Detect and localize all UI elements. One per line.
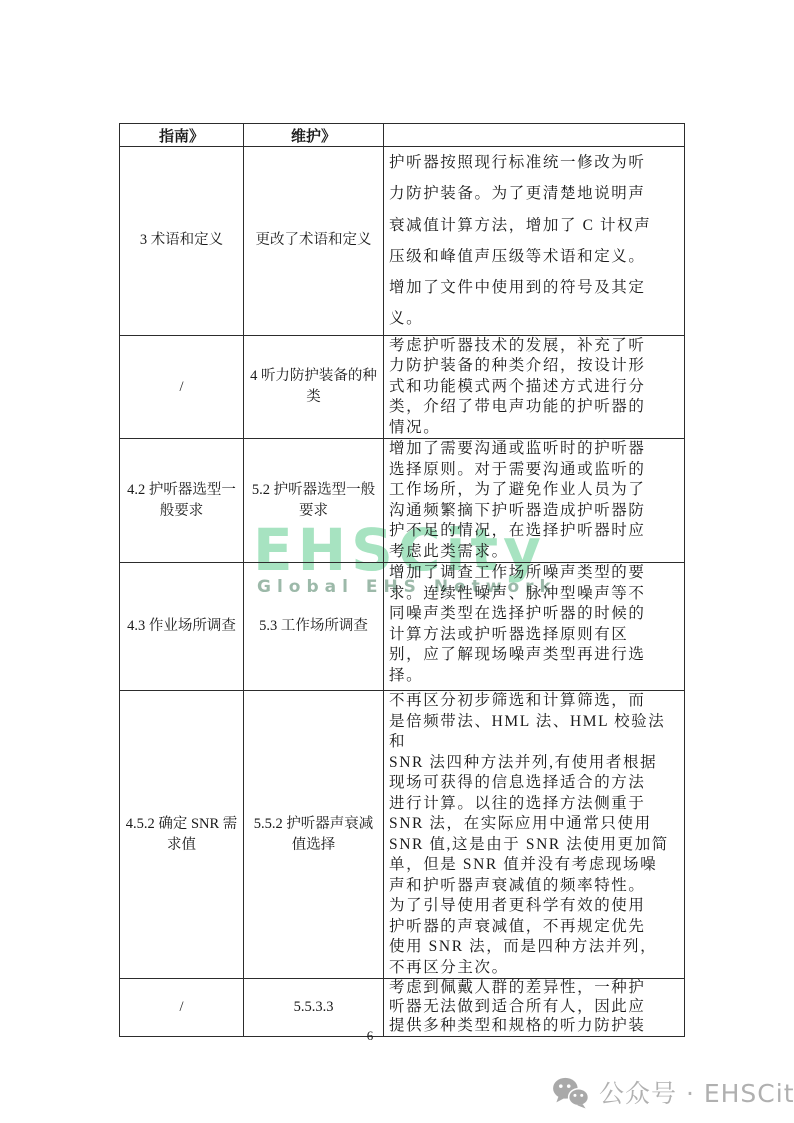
cell-new-clause: 5.5.2 护听器声衰减值选择 (244, 691, 384, 979)
table-row: 4.5.2 确定 SNR 需求值 5.5.2 护听器声衰减值选择 不再区分初步筛… (120, 691, 685, 979)
cell-change-description: 护听器按照现行标准统一修改为听 力防护装备。为了更清楚地说明声 衰减值计算方法，… (384, 147, 685, 336)
cell-change-description: 考虑护听器技术的发展，补充了听 力防护装备的种类介绍，按设计形 式和功能模式两个… (384, 335, 685, 439)
table-row: 4.2 护听器选型一般要求 5.2 护听器选型一般要求 增加了需要沟通或监听时的… (120, 439, 685, 563)
cell-old-clause: / (120, 979, 244, 1036)
cell-old-clause: / (120, 335, 244, 439)
cell-new-clause: 更改了术语和定义 (244, 147, 384, 336)
cell-old-clause: 4.5.2 确定 SNR 需求值 (120, 691, 244, 979)
cell-change-description: 增加了调查工作场所噪声类型的要 求。连续性噪声、脉冲型噪声等不 同噪声类型在选择… (384, 563, 685, 691)
cell-change-description: 不再区分初步筛选和计算筛选，而 是倍频带法、HML 法、HML 校验法和 SNR… (384, 691, 685, 979)
document-page: EHSCity Global EHS Network 指南》 维护》 3 术语和… (0, 0, 794, 1123)
footer-banner: 公众号 · EHSCity (552, 1074, 794, 1110)
cell-change-description: 考虑到佩戴人群的差异性，一种护 听器无法做到适合所有人，因此应 提供多种类型和规… (384, 979, 685, 1036)
comparison-table: 指南》 维护》 3 术语和定义 更改了术语和定义 护听器按照现行标准统一修改为听… (119, 123, 685, 1037)
cell-new-clause: 5.3 工作场所调查 (244, 563, 384, 691)
footer-label: 公众号 · EHSCity (599, 1074, 794, 1110)
cell-new-clause: 4 听力防护装备的种类 (244, 335, 384, 439)
table-header-notes (384, 124, 685, 147)
cell-change-description: 增加了需要沟通或监听时的护听器 选择原则。对于需要沟通或监听的 工作场所，为了避… (384, 439, 685, 563)
table-header-guide: 指南》 (120, 124, 244, 147)
page-number: 6 (340, 1028, 400, 1044)
table-row: 4.3 作业场所调查 5.3 工作场所调查 增加了调查工作场所噪声类型的要 求。… (120, 563, 685, 691)
table-header-row: 指南》 维护》 (120, 124, 685, 147)
table-header-maintenance: 维护》 (244, 124, 384, 147)
cell-new-clause: 5.2 护听器选型一般要求 (244, 439, 384, 563)
wechat-icon (552, 1076, 590, 1109)
table-row: 3 术语和定义 更改了术语和定义 护听器按照现行标准统一修改为听 力防护装备。为… (120, 147, 685, 336)
cell-old-clause: 4.2 护听器选型一般要求 (120, 439, 244, 563)
table-row: / 4 听力防护装备的种类 考虑护听器技术的发展，补充了听 力防护装备的种类介绍… (120, 335, 685, 439)
cell-old-clause: 4.3 作业场所调查 (120, 563, 244, 691)
table-row: / 5.5.3.3 考虑到佩戴人群的差异性，一种护 听器无法做到适合所有人，因此… (120, 979, 685, 1036)
cell-old-clause: 3 术语和定义 (120, 147, 244, 336)
